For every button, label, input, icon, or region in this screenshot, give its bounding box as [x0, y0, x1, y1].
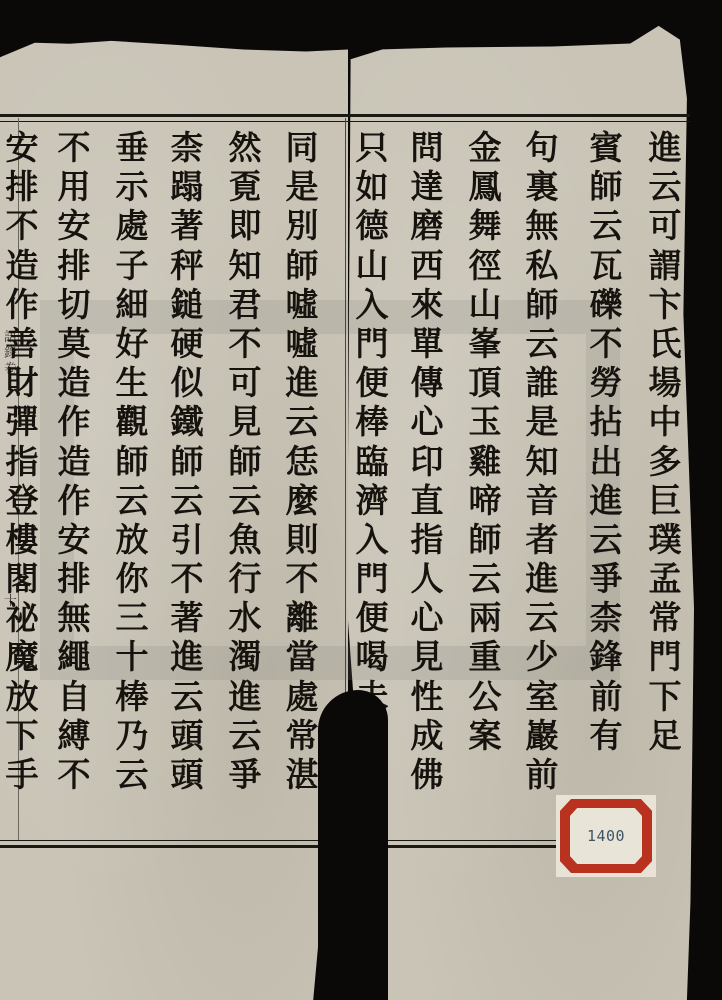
glyph: 乃 [116, 716, 149, 755]
glyph: 雞 [469, 442, 502, 481]
glyph: 入 [356, 520, 389, 559]
glyph: 場 [649, 363, 682, 402]
glyph: 門 [356, 324, 389, 363]
glyph: 秤 [171, 246, 204, 285]
glyph: 下 [649, 677, 682, 716]
glyph: 巖 [526, 716, 559, 755]
glyph: 佛 [411, 755, 444, 794]
glyph: 云 [171, 677, 204, 716]
glyph: 則 [286, 520, 319, 559]
glyph: 山 [469, 285, 502, 324]
glyph: 玉 [469, 402, 502, 441]
glyph: 者 [526, 520, 559, 559]
glyph: 鐵 [171, 402, 204, 441]
glyph: 無 [526, 206, 559, 245]
glyph: 裏 [526, 167, 559, 206]
glyph: 排 [6, 167, 39, 206]
text-column: 安排不造作善財彈指登樓閣祕魔放下手 [0, 128, 44, 794]
glyph: 師 [286, 246, 319, 285]
glyph: 勞 [590, 363, 623, 402]
glyph: 進 [526, 559, 559, 598]
glyph: 麼 [286, 481, 319, 520]
text-column: 句裏無私師云誰是知音者進云少室巖前 [520, 128, 564, 794]
glyph: 進 [171, 637, 204, 676]
glyph: 師 [526, 285, 559, 324]
glyph: 問 [411, 128, 444, 167]
glyph: 不 [6, 206, 39, 245]
glyph: 徑 [469, 246, 502, 285]
glyph: 云 [590, 206, 623, 245]
glyph: 登 [6, 481, 39, 520]
glyph: 氏 [649, 324, 682, 363]
glyph: 似 [171, 363, 204, 402]
glyph: 是 [526, 402, 559, 441]
glyph: 頂 [469, 363, 502, 402]
text-column: 然覔即知君不可見師云魚行水濁進云爭 [223, 128, 267, 794]
glyph: 礫 [590, 285, 623, 324]
glyph: 只 [356, 128, 389, 167]
glyph: 閣 [6, 559, 39, 598]
glyph: 山 [356, 246, 389, 285]
glyph: 進 [590, 481, 623, 520]
glyph: 恁 [286, 442, 319, 481]
glyph: 君 [229, 285, 262, 324]
glyph: 同 [286, 128, 319, 167]
glyph: 云 [286, 402, 319, 441]
glyph: 師 [116, 442, 149, 481]
glyph: 有 [590, 716, 623, 755]
glyph: 示 [116, 167, 149, 206]
glyph: 作 [58, 481, 91, 520]
glyph: 人 [411, 559, 444, 598]
glyph: 公 [469, 677, 502, 716]
glyph: 見 [229, 402, 262, 441]
glyph: 云 [229, 716, 262, 755]
glyph: 濁 [229, 637, 262, 676]
glyph: 引 [171, 520, 204, 559]
glyph: 直 [411, 481, 444, 520]
glyph: 處 [286, 677, 319, 716]
glyph: 峯 [469, 324, 502, 363]
glyph: 自 [58, 677, 91, 716]
glyph: 璞 [649, 520, 682, 559]
glyph: 柰 [171, 128, 204, 167]
glyph: 室 [526, 677, 559, 716]
glyph: 傳 [411, 363, 444, 402]
glyph: 指 [6, 442, 39, 481]
glyph: 喝 [356, 637, 389, 676]
glyph: 即 [229, 206, 262, 245]
glyph: 便 [356, 598, 389, 637]
glyph: 排 [58, 559, 91, 598]
glyph: 鎚 [171, 285, 204, 324]
glyph: 無 [58, 598, 91, 637]
glyph: 噓 [286, 324, 319, 363]
glyph: 師 [171, 442, 204, 481]
glyph: 安 [58, 206, 91, 245]
glyph: 鳳 [469, 167, 502, 206]
glyph: 行 [229, 559, 262, 598]
glyph: 造 [58, 363, 91, 402]
glyph: 知 [229, 246, 262, 285]
glyph: 門 [649, 637, 682, 676]
glyph: 音 [526, 481, 559, 520]
glyph: 放 [6, 677, 39, 716]
glyph: 進 [286, 363, 319, 402]
glyph: 成 [411, 716, 444, 755]
glyph: 安 [58, 520, 91, 559]
glyph: 你 [116, 559, 149, 598]
glyph: 繩 [58, 637, 91, 676]
glyph: 常 [649, 598, 682, 637]
glyph: 性 [411, 677, 444, 716]
glyph: 頭 [171, 755, 204, 794]
glyph: 頭 [171, 716, 204, 755]
text-column: 賓師云瓦礫不勞拈出進云爭柰鋒前有 [584, 128, 628, 755]
glyph: 舞 [469, 206, 502, 245]
glyph: 云 [116, 755, 149, 794]
glyph: 來 [411, 285, 444, 324]
glyph: 私 [526, 246, 559, 285]
glyph: 西 [411, 246, 444, 285]
glyph: 印 [411, 442, 444, 481]
glyph: 垂 [116, 128, 149, 167]
glyph: 當 [286, 637, 319, 676]
glyph: 常 [286, 716, 319, 755]
glyph: 細 [116, 285, 149, 324]
glyph: 觀 [116, 402, 149, 441]
text-column: 金鳳舞徑山峯頂玉雞啼師云兩重公案 [463, 128, 507, 755]
glyph: 前 [526, 755, 559, 794]
glyph: 魚 [229, 520, 262, 559]
glyph: 足 [649, 716, 682, 755]
glyph: 便 [356, 363, 389, 402]
glyph: 云 [590, 520, 623, 559]
glyph: 多 [649, 442, 682, 481]
glyph: 云 [229, 481, 262, 520]
glyph: 不 [229, 324, 262, 363]
glyph: 云 [469, 559, 502, 598]
glyph: 賓 [590, 128, 623, 167]
glyph: 謂 [649, 246, 682, 285]
glyph: 不 [590, 324, 623, 363]
glyph: 是 [286, 167, 319, 206]
glyph: 硬 [171, 324, 204, 363]
glyph: 縛 [58, 716, 91, 755]
label-inner-panel: 1400 [570, 808, 642, 864]
glyph: 放 [116, 520, 149, 559]
glyph: 排 [58, 246, 91, 285]
glyph: 卞 [649, 285, 682, 324]
glyph: 不 [58, 128, 91, 167]
glyph: 云 [649, 167, 682, 206]
glyph: 彈 [6, 402, 39, 441]
glyph: 云 [526, 324, 559, 363]
glyph: 善 [6, 324, 39, 363]
glyph: 中 [649, 402, 682, 441]
glyph: 作 [6, 285, 39, 324]
text-column: 同是別師噓噓進云恁麼則不離當處常湛 [280, 128, 324, 794]
glyph: 作 [58, 402, 91, 441]
glyph: 啼 [469, 481, 502, 520]
glyph: 誰 [526, 363, 559, 402]
glyph: 子 [116, 246, 149, 285]
glyph: 不 [286, 559, 319, 598]
glyph: 噓 [286, 285, 319, 324]
glyph: 達 [411, 167, 444, 206]
glyph: 單 [411, 324, 444, 363]
glyph: 進 [649, 128, 682, 167]
glyph: 樓 [6, 520, 39, 559]
glyph: 蹋 [171, 167, 204, 206]
glyph: 柰 [590, 598, 623, 637]
glyph: 案 [469, 716, 502, 755]
glyph: 鋒 [590, 637, 623, 676]
glyph: 云 [171, 481, 204, 520]
glyph: 云 [116, 481, 149, 520]
text-column: 柰蹋著秤鎚硬似鐵師云引不著進云頭頭 [165, 128, 209, 794]
glyph: 巨 [649, 481, 682, 520]
glyph: 孟 [649, 559, 682, 598]
glyph: 師 [590, 167, 623, 206]
glyph: 切 [58, 285, 91, 324]
glyph: 前 [590, 677, 623, 716]
glyph: 臨 [356, 442, 389, 481]
glyph: 爭 [590, 559, 623, 598]
glyph: 德 [356, 206, 389, 245]
glyph: 莫 [58, 324, 91, 363]
glyph: 造 [58, 442, 91, 481]
glyph: 不 [58, 755, 91, 794]
glyph: 指 [411, 520, 444, 559]
glyph: 生 [116, 363, 149, 402]
glyph: 濟 [356, 481, 389, 520]
glyph: 棒 [356, 402, 389, 441]
glyph: 進 [229, 677, 262, 716]
glyph: 瓦 [590, 246, 623, 285]
glyph: 師 [469, 520, 502, 559]
glyph: 師 [229, 442, 262, 481]
glyph: 門 [356, 559, 389, 598]
glyph: 少 [526, 637, 559, 676]
glyph: 離 [286, 598, 319, 637]
glyph: 然 [229, 128, 262, 167]
text-column: 問達磨西來單傳心印直指人心見性成佛 [405, 128, 449, 794]
glyph: 心 [411, 402, 444, 441]
glyph: 處 [116, 206, 149, 245]
glyph: 湛 [286, 755, 319, 794]
glyph: 下 [6, 716, 39, 755]
glyph: 三 [116, 598, 149, 637]
glyph: 十 [116, 637, 149, 676]
glyph: 入 [356, 285, 389, 324]
glyph: 魔 [6, 637, 39, 676]
glyph: 可 [649, 206, 682, 245]
glyph: 磨 [411, 206, 444, 245]
glyph: 句 [526, 128, 559, 167]
glyph: 水 [229, 598, 262, 637]
glyph: 出 [590, 442, 623, 481]
bottom-frame-rule [0, 840, 575, 848]
glyph: 重 [469, 637, 502, 676]
glyph: 手 [6, 755, 39, 794]
glyph: 祕 [6, 598, 39, 637]
glyph: 拈 [590, 402, 623, 441]
label-number: 1400 [587, 827, 625, 845]
glyph: 知 [526, 442, 559, 481]
glyph: 云 [526, 598, 559, 637]
glyph: 財 [6, 363, 39, 402]
paper-tear-loss [318, 690, 388, 1000]
glyph: 用 [58, 167, 91, 206]
glyph: 兩 [469, 598, 502, 637]
glyph: 安 [6, 128, 39, 167]
glyph: 爭 [229, 755, 262, 794]
glyph: 著 [171, 206, 204, 245]
glyph: 好 [116, 324, 149, 363]
glyph: 棒 [116, 677, 149, 716]
glyph: 如 [356, 167, 389, 206]
glyph: 見 [411, 637, 444, 676]
glyph: 別 [286, 206, 319, 245]
text-column: 垂示處子細好生觀師云放你三十棒乃云 [110, 128, 154, 794]
text-column: 進云可謂卞氏場中多巨璞孟常門下足 [643, 128, 687, 755]
glyph: 不 [171, 559, 204, 598]
glyph: 可 [229, 363, 262, 402]
glyph: 心 [411, 598, 444, 637]
glyph: 覔 [229, 167, 262, 206]
glyph: 著 [171, 598, 204, 637]
library-shelf-label: 1400 [556, 795, 656, 877]
text-column: 不用安排切莫造作造作安排無繩自縛不 [52, 128, 96, 794]
glyph: 金 [469, 128, 502, 167]
glyph: 造 [6, 246, 39, 285]
